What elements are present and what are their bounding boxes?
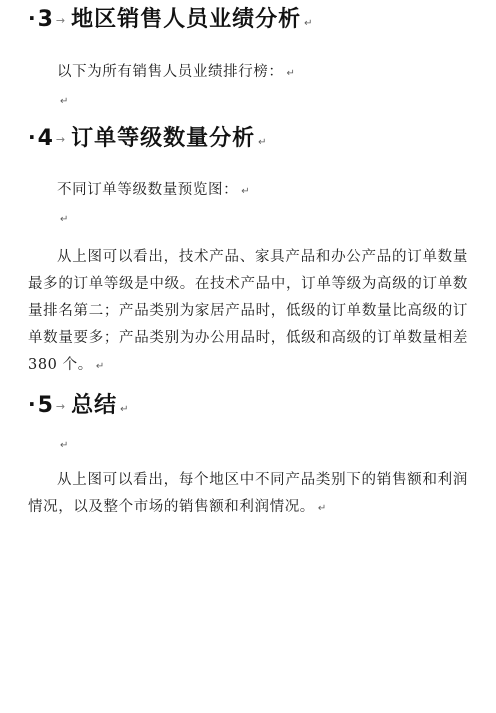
heading-bullet-icon: · [28, 124, 37, 150]
tab-mark-icon: → [56, 14, 66, 27]
heading-title: 订单等级数量分析 [71, 126, 255, 151]
paragraph-mark-icon: ↵ [241, 186, 249, 197]
heading-number: 5 [38, 393, 54, 418]
heading-number: 4 [38, 126, 54, 151]
paragraph-mark-icon: ↵ [96, 361, 104, 372]
paragraph-text: 从上图可以看出，每个地区中不同产品类别下的销售额和利润情况，以及整个市场的销售额… [28, 472, 468, 515]
body-paragraph: 从上图可以看出，技术产品、家具产品和办公产品的订单数量最多的订单等级是中级。在技… [28, 244, 468, 380]
heading-number: 3 [38, 7, 54, 32]
heading-title: 总结 [71, 393, 117, 418]
paragraph-mark-icon: ↵ [120, 404, 128, 415]
paragraph-mark-icon: ↵ [304, 18, 312, 29]
paragraph-mark-icon: ↵ [60, 96, 68, 107]
heading-bullet-icon: · [28, 391, 37, 417]
paragraph-mark-icon: ↵ [287, 68, 295, 79]
heading-title: 地区销售人员业绩分析 [71, 7, 301, 32]
paragraph-mark-icon: ↵ [318, 503, 326, 514]
heading-bullet-icon: · [28, 5, 37, 31]
empty-paragraph: ↵ [28, 205, 468, 233]
paragraph-mark-icon: ↵ [258, 137, 266, 148]
paragraph-mark-icon: ↵ [60, 214, 68, 225]
section-heading-5: ·5→总结↵ [28, 392, 468, 423]
paragraph-text: 以下为所有销售人员业绩排行榜： [57, 64, 284, 80]
document-page: ·3→地区销售人员业绩分析↵ 以下为所有销售人员业绩排行榜：↵ ↵ ·4→订单等… [0, 0, 496, 713]
section-heading-4: ·4→订单等级数量分析↵ [28, 125, 468, 156]
empty-paragraph: ↵ [28, 87, 468, 115]
section-heading-3: ·3→地区销售人员业绩分析↵ [28, 6, 468, 37]
body-paragraph: 不同订单等级数量预览图：↵ [28, 177, 468, 205]
tab-mark-icon: → [56, 133, 66, 146]
body-paragraph: 以下为所有销售人员业绩排行榜：↵ [28, 59, 468, 87]
paragraph-mark-icon: ↵ [60, 440, 68, 451]
paragraph-text: 从上图可以看出，技术产品、家具产品和办公产品的订单数量最多的订单等级是中级。在技… [28, 249, 468, 373]
paragraph-text: 不同订单等级数量预览图： [57, 182, 238, 198]
empty-paragraph: ↵ [28, 431, 468, 459]
body-paragraph: 从上图可以看出，每个地区中不同产品类别下的销售额和利润情况，以及整个市场的销售额… [28, 467, 468, 522]
tab-mark-icon: → [56, 400, 66, 413]
